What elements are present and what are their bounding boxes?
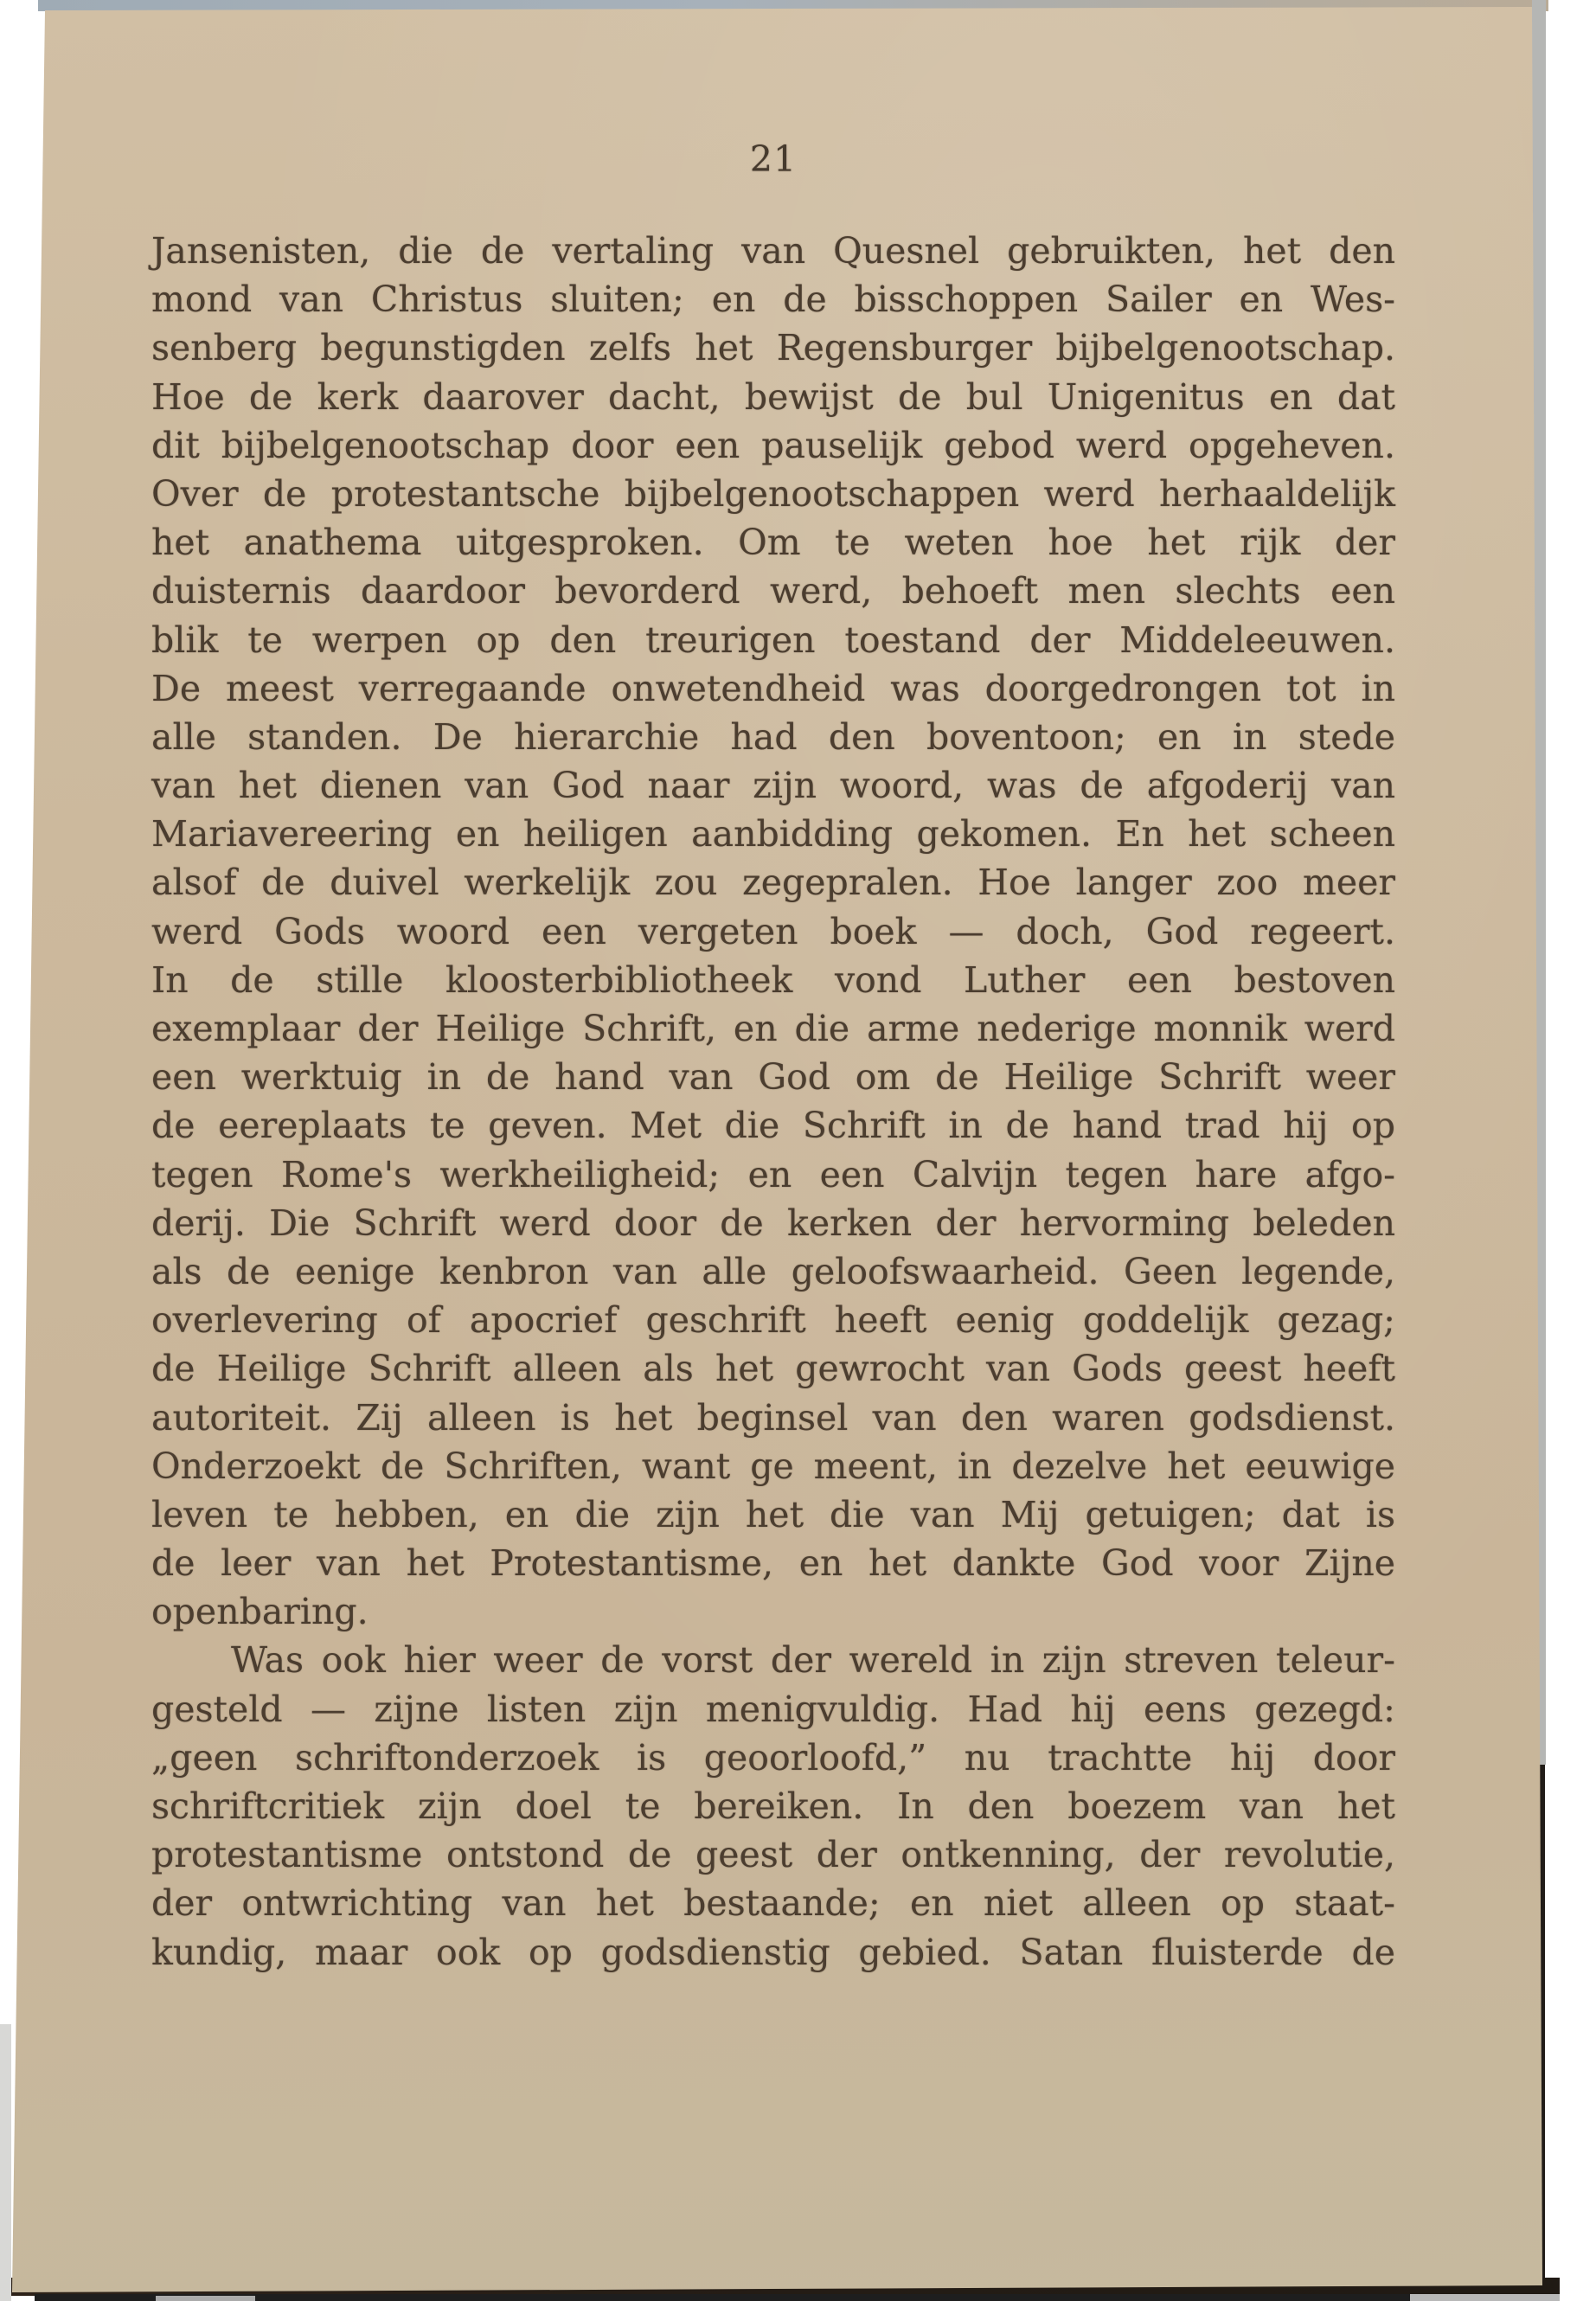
text-line: kundig, maar ook op godsdienstig gebied.… bbox=[151, 1928, 1395, 1977]
text-line: werd Gods woord een vergeten boek — doch… bbox=[151, 907, 1395, 956]
text-line-paragraph-start: Was ook hier weer de vorst der wereld in… bbox=[151, 1636, 1395, 1684]
text-line: protestantisme ontstond de geest der ont… bbox=[151, 1830, 1395, 1879]
text-line: alsof de duivel werkelijk zou zegepralen… bbox=[151, 858, 1395, 907]
text-line: autoriteit. Zij alleen is het beginsel v… bbox=[151, 1394, 1395, 1442]
text-line: exemplaar der Heilige Schrift, en die ar… bbox=[151, 1004, 1395, 1053]
text-line: „geen schriftonderzoek is geoorloofd,” n… bbox=[151, 1734, 1395, 1782]
page-number: 21 bbox=[151, 138, 1395, 180]
text-line-paragraph-end: openbaring. bbox=[151, 1587, 1395, 1636]
text-line: alle standen. De hierarchie had den bove… bbox=[151, 713, 1395, 761]
text-line: het anathema uitgesproken. Om te weten h… bbox=[151, 518, 1395, 567]
text-line: mond van Christus sluiten; en de bisscho… bbox=[151, 275, 1395, 324]
text-line: blik te werpen op den treurigen toestand… bbox=[151, 616, 1395, 664]
text-line: Hoe de kerk daarover dacht, bewijst de b… bbox=[151, 373, 1395, 421]
text-line: De meest verregaande onwetendheid was do… bbox=[151, 664, 1395, 713]
text-line: de Heilige Schrift alleen als het gewroc… bbox=[151, 1344, 1395, 1393]
text-line: de leer van het Protestantisme, en het d… bbox=[151, 1539, 1395, 1587]
text-line: Over de protestantsche bijbelgenootschap… bbox=[151, 470, 1395, 518]
text-line: een werktuig in de hand van God om de He… bbox=[151, 1053, 1395, 1101]
text-line: schriftcritiek zijn doel te bereiken. In… bbox=[151, 1782, 1395, 1830]
text-line: dit bijbelgenootschap door een pauselijk… bbox=[151, 421, 1395, 470]
text-line: van het dienen van God naar zijn woord, … bbox=[151, 761, 1395, 810]
scanned-book-page: 21 Jansenisten, die de vertaling van Que… bbox=[0, 0, 1596, 2301]
text-line: leven te hebben, en die zijn het die van… bbox=[151, 1490, 1395, 1539]
text-line: Mariavereering en heiligen aanbidding ge… bbox=[151, 810, 1395, 858]
text-line: Onderzoekt de Schriften, want ge meent, … bbox=[151, 1442, 1395, 1490]
text-line: overlevering of apocrief geschrift heeft… bbox=[151, 1296, 1395, 1344]
text-line: tegen Rome's werkheiligheid; en een Calv… bbox=[151, 1150, 1395, 1199]
text-line: derij. Die Schrift werd door de kerken d… bbox=[151, 1199, 1395, 1247]
scan-artifact-bottom-gray-bar bbox=[1410, 2294, 1560, 2301]
scan-artifact-bottom-gray-segment bbox=[156, 2296, 255, 2301]
text-line: der ontwrichting van het bestaande; en n… bbox=[151, 1879, 1395, 1927]
text-line: duisternis daardoor bevorderd werd, beho… bbox=[151, 567, 1395, 615]
text-line: In de stille kloosterbibliotheek vond Lu… bbox=[151, 956, 1395, 1004]
text-line: de eereplaats te geven. Met die Schrift … bbox=[151, 1101, 1395, 1150]
scan-artifact-left-gray-strip bbox=[0, 2024, 11, 2301]
body-text: Jansenisten, die de vertaling van Quesne… bbox=[151, 227, 1395, 1977]
text-line: gesteld — zijne listen zijn menigvuldig.… bbox=[151, 1685, 1395, 1734]
text-line: Jansenisten, die de vertaling van Quesne… bbox=[151, 227, 1395, 275]
text-line: senberg begunstigden zelfs het Regensbur… bbox=[151, 324, 1395, 372]
text-line: als de eenige kenbron van alle geloofswa… bbox=[151, 1247, 1395, 1296]
